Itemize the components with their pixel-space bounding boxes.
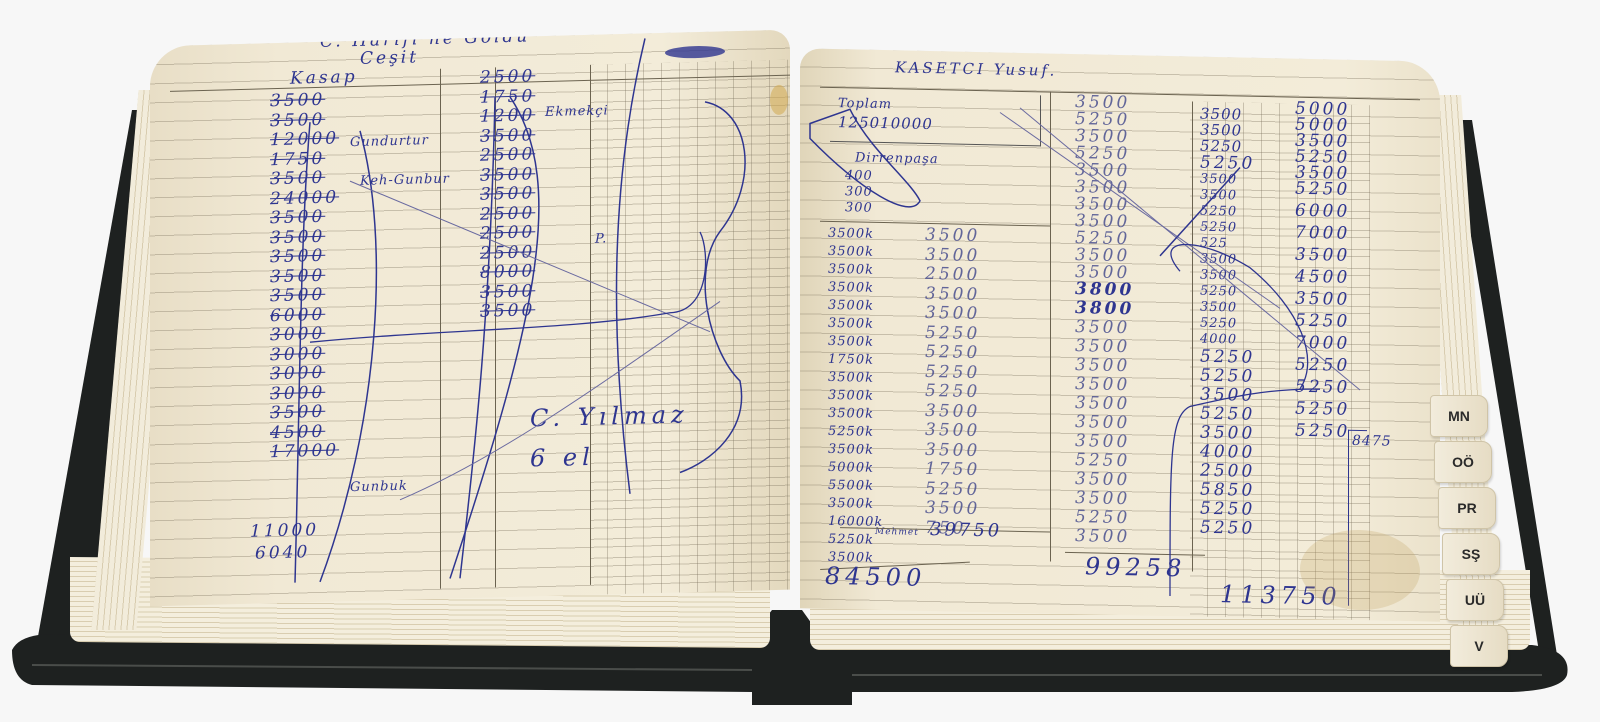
column-total: 8475: [1352, 434, 1392, 449]
ledger-entry: 5250: [1295, 423, 1350, 446]
column-divider: [590, 65, 591, 585]
index-tab-uu[interactable]: UÜ: [1446, 579, 1504, 621]
ledger-entry: 5250: [1200, 520, 1255, 540]
column-total: 6040: [255, 544, 310, 562]
notebook-photo: C. Harifi ne Göldü Ceşit Kasap 3500 3500…: [0, 0, 1600, 722]
index-tab-oo[interactable]: OÖ: [1434, 441, 1492, 483]
right-column-e: 5000 5000 3500 5250 3500 5250 6000 7000 …: [1295, 101, 1350, 446]
index-tab-v[interactable]: V: [1450, 625, 1508, 667]
signature: C. Yılmaz: [530, 402, 689, 430]
ledger-note: Gunbuk: [350, 480, 408, 495]
column-divider: [1050, 92, 1051, 562]
index-tab-ss[interactable]: SŞ: [1442, 533, 1500, 575]
grid-paper-area: [590, 60, 790, 595]
column-total: 11000: [250, 522, 319, 541]
signature-note: 6 el: [530, 445, 595, 471]
ledger-note: Ekmekçi: [545, 104, 609, 119]
page-subheader: Ceşit: [360, 49, 419, 68]
left-column-b: 2500 1750 1200 3500 2500 3500 3500 2500 …: [480, 68, 535, 323]
column-total: 39750: [930, 521, 1002, 541]
ledger-note: Keh-Gunbur: [360, 173, 450, 188]
column-divider: [440, 69, 441, 589]
small-value: 300: [845, 201, 873, 215]
right-column-c: 3500 5250 3500 5250 3500 3500 3500 3500 …: [1075, 94, 1134, 548]
page-title: KASETCI Yusuf.: [895, 60, 1057, 78]
right-page: KASETCI Yusuf. Toplam 125010000 Dirrenpa…: [800, 48, 1440, 621]
column-total: 99258: [1085, 554, 1186, 580]
ledger-entry: 3500: [1075, 528, 1134, 548]
ledger-note: Dirrenpaşa: [855, 151, 939, 166]
ledger-note: P.: [595, 232, 607, 245]
box-line: 125010000: [838, 115, 933, 132]
index-tab-pr[interactable]: PR: [1438, 487, 1496, 529]
column-title: Kasap: [290, 69, 358, 88]
small-value: 400: [845, 169, 873, 183]
left-page: C. Harifi ne Göldü Ceşit Kasap 3500 3500…: [150, 30, 790, 607]
right-column-a: 3500k 3500k 3500k 3500k 3500k 3500k 3500…: [828, 227, 883, 570]
ledger-entry: 3500: [480, 302, 535, 323]
index-tab-mn[interactable]: MN: [1430, 395, 1488, 437]
ledger-entry: 17000: [270, 442, 339, 463]
grand-total: 84500: [825, 564, 926, 590]
right-column-d: 3500 3500 5250 5250 3500 3500 5250 5250 …: [1200, 107, 1255, 540]
left-column-a: 3500 3500 12000 1750 3500 24000 3500 350…: [270, 91, 339, 463]
box-line: Toplam: [838, 97, 892, 111]
ledger-note: Gundurtur: [350, 134, 429, 149]
small-value: 300: [845, 185, 873, 199]
column-divider: [1192, 102, 1193, 572]
right-column-b: 3500 3500 2500 3500 3500 5250 5250 5250 …: [925, 227, 980, 540]
